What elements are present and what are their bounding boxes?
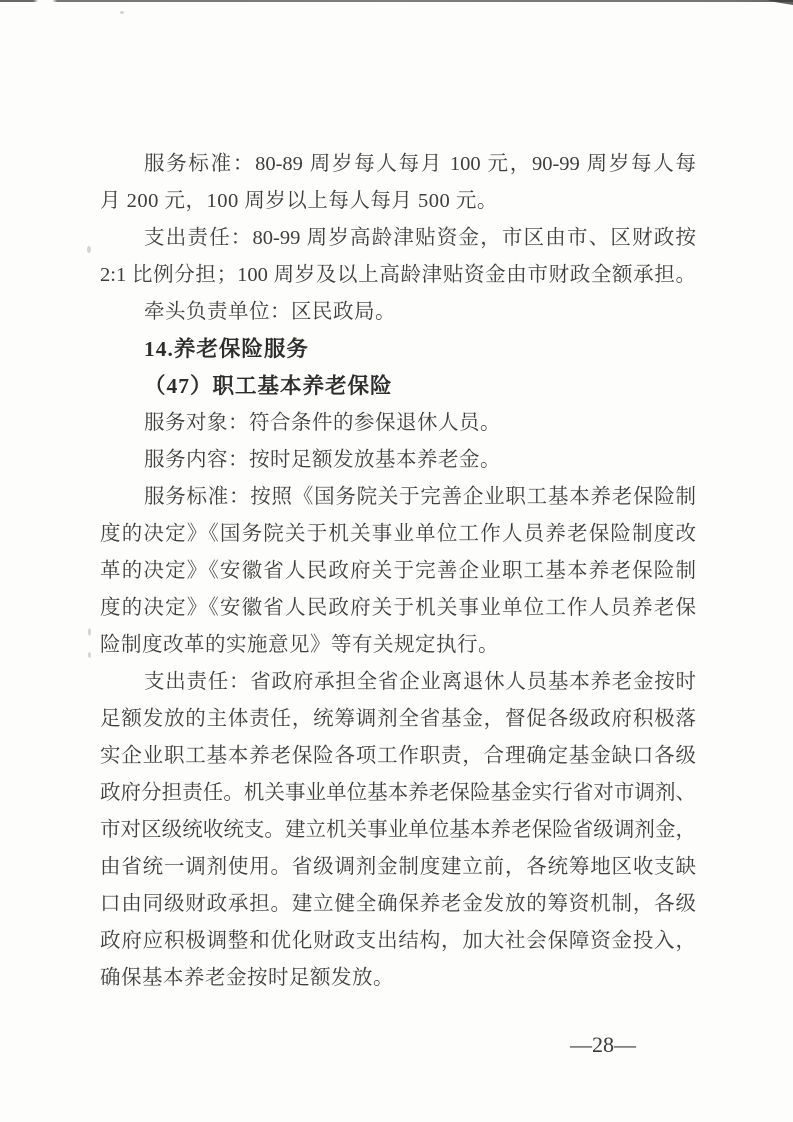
para-service-target: 服务对象：符合条件的参保退休人员。 <box>100 405 696 442</box>
text-line: 由省统一调剂使用。省级调剂金制度建立前，各统筹地区收支缺 <box>100 849 696 886</box>
text-line: 足额发放的主体责任，统筹调剂全省基金，督促各级政府积极落 <box>100 701 696 738</box>
para-service-standard-pension: 服务标准：按照《国务院关于完善企业职工基本养老保险制度的决定》《国务院关于机关事… <box>100 479 696 664</box>
scan-speck <box>120 11 124 14</box>
page-number: —28— <box>570 1031 636 1059</box>
text-line: 服务对象：符合条件的参保退休人员。 <box>100 405 696 442</box>
text-line: 度的决定》《国务院关于机关事业单位工作人员养老保险制度改 <box>100 516 696 553</box>
text-line: 牵头负责单位：区民政局。 <box>100 294 696 331</box>
heading-14-pension-insurance-service: 14.养老保险服务 <box>100 331 696 368</box>
text-line: 政府分担责任。机关事业单位基本养老保险基金实行省对市调剂、 <box>100 775 696 812</box>
text-line: 实企业职工基本养老保险各项工作职责，合理确定基金缺口各级 <box>100 738 696 775</box>
text-line: 口由同级财政承担。建立健全确保养老金发放的筹资机制，各级 <box>100 886 696 923</box>
text-line: 2:1 比例分担；100 周岁及以上高龄津贴资金由市财政全额承担。 <box>100 257 696 294</box>
text-line: 革的决定》《安徽省人民政府关于完善企业职工基本养老保险制 <box>100 553 696 590</box>
document-page: 服务标准：80-89 周岁每人每月 100 元，90-99 周岁每人每月 200… <box>0 0 793 1122</box>
text-line: 支出责任：省政府承担全省企业离退休人员基本养老金按时 <box>100 664 696 701</box>
text-line: 月 200 元，100 周岁以上每人每月 500 元。 <box>100 183 696 220</box>
para-expenditure-responsibility-allowance: 支出责任：80-99 周岁高龄津贴资金，市区由市、区财政按2:1 比例分担；10… <box>100 220 696 294</box>
text-line: 市对区级统收统支。建立机关事业单位基本养老保险省级调剂金， <box>100 812 696 849</box>
scan-edge-artifact <box>0 0 793 2</box>
text-line: 险制度改革的实施意见》等有关规定执行。 <box>100 627 696 664</box>
text-line: 度的决定》《安徽省人民政府关于机关事业单位工作人员养老保 <box>100 590 696 627</box>
heading-47-employee-basic-pension: （47）职工基本养老保险 <box>100 368 696 405</box>
text-line: 支出责任：80-99 周岁高龄津贴资金，市区由市、区财政按 <box>100 220 696 257</box>
para-service-standard-allowance: 服务标准：80-89 周岁每人每月 100 元，90-99 周岁每人每月 200… <box>100 146 696 220</box>
text-line: 确保基本养老金按时足额发放。 <box>100 960 696 997</box>
text-line: 服务内容：按时足额发放基本养老金。 <box>100 442 696 479</box>
text-line: 服务标准：按照《国务院关于完善企业职工基本养老保险制 <box>100 479 696 516</box>
text-line: 服务标准：80-89 周岁每人每月 100 元，90-99 周岁每人每 <box>100 146 696 183</box>
scan-speck <box>88 628 91 636</box>
text-line: 政府应积极调整和优化财政支出结构，加大社会保障资金投入， <box>100 923 696 960</box>
scan-speck <box>88 652 91 658</box>
para-expenditure-responsibility-pension: 支出责任：省政府承担全省企业离退休人员基本养老金按时足额发放的主体责任，统筹调剂… <box>100 664 696 997</box>
text-line: 14.养老保险服务 <box>100 331 696 368</box>
para-lead-unit: 牵头负责单位：区民政局。 <box>100 294 696 331</box>
scan-speck <box>87 246 91 253</box>
text-line: （47）职工基本养老保险 <box>100 368 696 405</box>
para-service-content: 服务内容：按时足额发放基本养老金。 <box>100 442 696 479</box>
scan-corner-artifact <box>767 0 793 5</box>
document-body: 服务标准：80-89 周岁每人每月 100 元，90-99 周岁每人每月 200… <box>100 146 696 997</box>
